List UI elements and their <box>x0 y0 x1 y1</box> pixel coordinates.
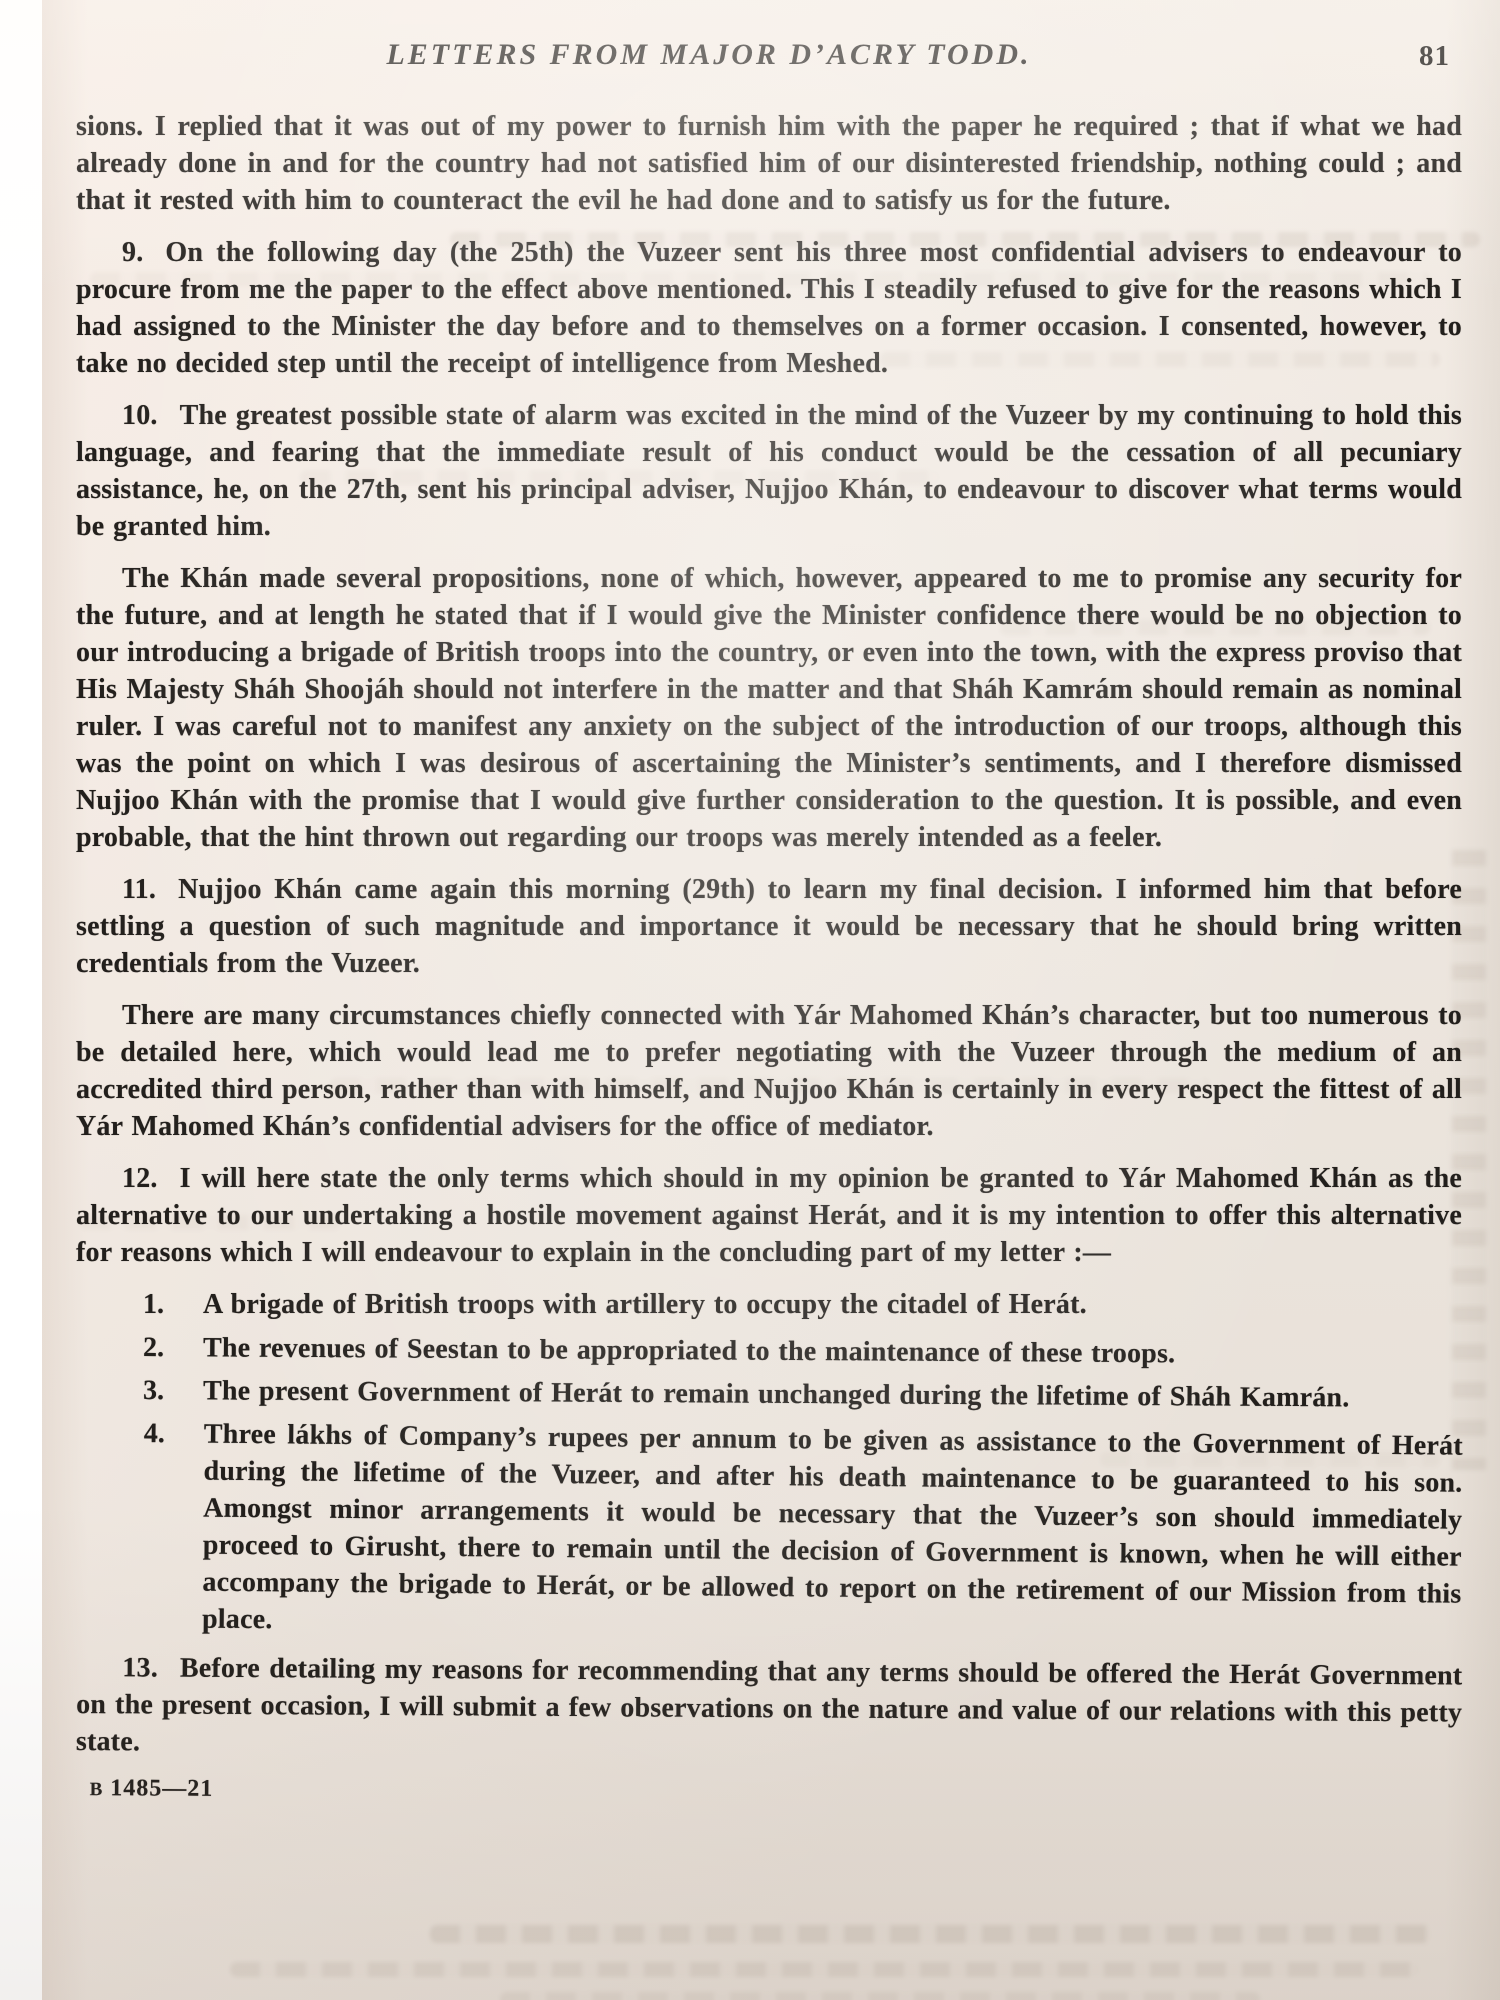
term-item-1: 1. A brigade of British troops with arti… <box>143 1286 1462 1323</box>
scanned-book-page: LETTERS FROM MAJOR D’ACRY TODD. 81 sions… <box>0 0 1500 2000</box>
paragraph-number: 13. <box>122 1652 158 1683</box>
terms-list: 1. A brigade of British troops with arti… <box>143 1286 1462 1637</box>
term-number: 1. <box>143 1286 203 1323</box>
paragraph-text: Nujjoo Khán came again this morning (29t… <box>76 874 1462 979</box>
term-item-3: 3. The present Government of Herát to re… <box>143 1372 1462 1417</box>
page-title: LETTERS FROM MAJOR D’ACRY TODD. <box>76 38 1462 72</box>
paragraph-continuation: sions. I replied that it was out of my p… <box>76 108 1462 219</box>
showthrough-smudge <box>230 1962 1420 1977</box>
paragraph-number: 12. <box>122 1163 158 1194</box>
closing-section: 13.Before detailing my reasons for recom… <box>76 1649 1463 1810</box>
paragraph-11: 11.Nujjoo Khán came again this morning (… <box>76 871 1462 982</box>
running-header: LETTERS FROM MAJOR D’ACRY TODD. 81 <box>76 38 1462 82</box>
paragraph-circumstances: There are many circumstances chiefly con… <box>76 997 1462 1145</box>
paragraph-10: 10.The greatest possible state of alarm … <box>76 397 1462 545</box>
paragraph-number: 9. <box>122 237 143 268</box>
term-number: 2. <box>143 1329 203 1366</box>
term-text: The present Government of Herát to remai… <box>203 1372 1462 1417</box>
paragraph-text: sions. I replied that it was out of my p… <box>76 111 1462 216</box>
paragraph-text: The greatest possible state of alarm was… <box>76 400 1462 542</box>
paragraph-khan-propositions: The Khán made several propositions, none… <box>76 560 1462 856</box>
paragraph-9: 9.On the following day (the 25th) the Vu… <box>76 234 1462 382</box>
term-item-2: 2. The revenues of Seestan to be appropr… <box>143 1329 1462 1374</box>
page-number: 81 <box>1419 40 1450 73</box>
term-text: A brigade of British troops with artille… <box>203 1286 1462 1323</box>
paragraph-text: I will here state the only terms which s… <box>76 1163 1462 1268</box>
term-item-4: 4. Three lákhs of Company’s rupees per a… <box>142 1415 1463 1650</box>
paragraph-text: On the following day (the 25th) the Vuze… <box>76 237 1462 379</box>
scan-edge-strip <box>0 0 42 2000</box>
term-number: 4. <box>142 1415 204 1638</box>
term-number: 3. <box>143 1372 203 1409</box>
paragraph-text: There are many circumstances chiefly con… <box>76 1000 1462 1142</box>
term-text: The revenues of Seestan to be appropriat… <box>203 1329 1462 1374</box>
paragraph-12: 12.I will here state the only terms whic… <box>76 1160 1462 1271</box>
paragraph-13: 13.Before detailing my reasons for recom… <box>76 1649 1463 1768</box>
paragraph-text: Before detailing my reasons for recommen… <box>76 1653 1463 1758</box>
term-text: Three lákhs of Company’s rupees per annu… <box>202 1416 1463 1650</box>
showthrough-smudge <box>500 1992 1260 2000</box>
paragraph-number: 11. <box>122 874 156 905</box>
showthrough-smudge <box>430 1925 1430 1943</box>
paragraph-number: 10. <box>122 400 158 431</box>
printer-mark: B 1485—21 <box>90 1775 1462 1810</box>
page-content: LETTERS FROM MAJOR D’ACRY TODD. 81 sions… <box>76 38 1462 1802</box>
paragraph-text: The Khán made several propositions, none… <box>76 563 1462 853</box>
